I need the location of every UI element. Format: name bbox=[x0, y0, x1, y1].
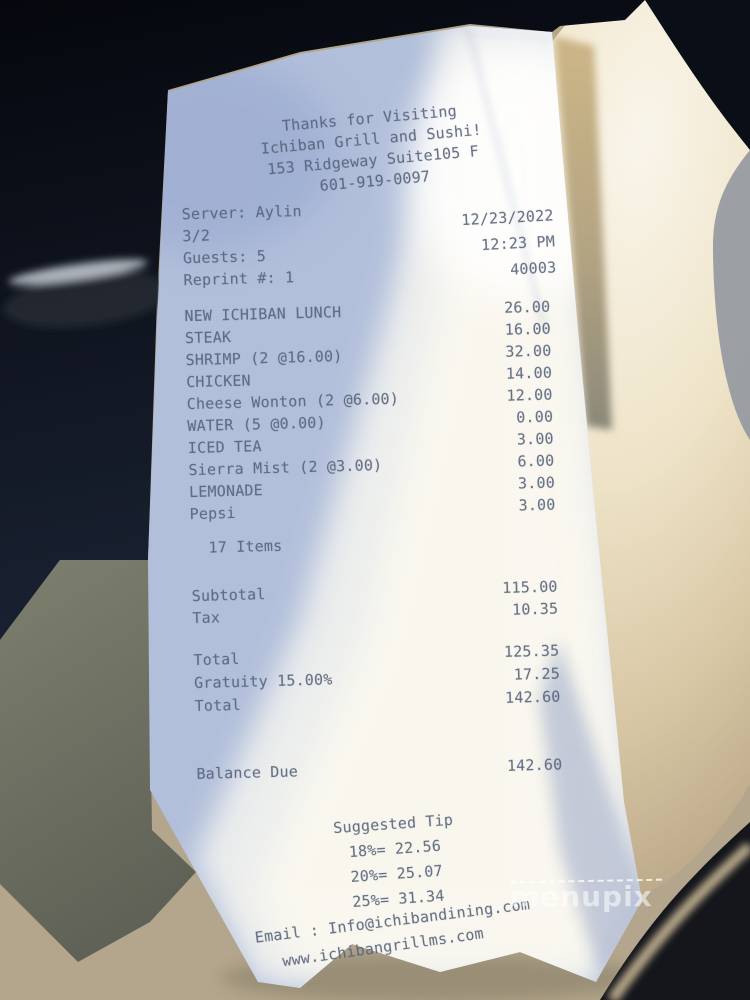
balance-value: 142.60 bbox=[507, 755, 563, 774]
item-name: LEMONADE bbox=[189, 479, 263, 503]
item-name: CHICKEN bbox=[186, 369, 251, 393]
meta-right: 12/23/2022 12:23 PM 40003 bbox=[460, 202, 556, 285]
item-price: 0.00 bbox=[516, 406, 554, 429]
totals-block: Total125.35 Gratuity 15.00%17.25 Total14… bbox=[193, 639, 561, 718]
balance-due-block: Balance Due142.60 bbox=[196, 755, 562, 783]
total-label: Total bbox=[193, 648, 240, 672]
tax-value: 10.35 bbox=[512, 598, 559, 621]
reprint-line: Reprint #: 1 bbox=[183, 266, 304, 291]
receipt-header: Thanks for Visiting Ichiban Grill and Su… bbox=[149, 89, 595, 211]
item-price: 3.00 bbox=[518, 494, 556, 517]
item-price: 16.00 bbox=[504, 318, 551, 341]
item-price: 3.00 bbox=[517, 428, 555, 451]
item-price: 14.00 bbox=[506, 362, 553, 385]
item-name: NEW ICHIBAN LUNCH bbox=[184, 301, 341, 327]
guests-line: Guests: 5 bbox=[183, 244, 304, 269]
tax-label: Tax bbox=[192, 606, 220, 629]
item-name: WATER (5 @0.00) bbox=[187, 412, 326, 438]
receipt: Thanks for Visiting Ichiban Grill and Su… bbox=[150, 58, 614, 999]
meta-left: Server: Aylin 3/2 Guests: 5 Reprint #: 1 bbox=[181, 200, 303, 291]
photo: Thanks for Visiting Ichiban Grill and Su… bbox=[0, 0, 750, 1000]
item-name: STEAK bbox=[185, 326, 232, 349]
item-price: 3.00 bbox=[518, 472, 556, 495]
item-price: 32.00 bbox=[505, 340, 552, 363]
check-number: 40003 bbox=[463, 254, 557, 285]
items-list: NEW ICHIBAN LUNCH26.00 STEAK16.00 SHRIMP… bbox=[184, 296, 556, 526]
subtotal-block: Subtotal115.00 Tax10.35 bbox=[191, 576, 558, 630]
balance-label: Balance Due bbox=[196, 762, 298, 783]
watermark-text: menupix bbox=[510, 882, 680, 912]
item-price: 12.00 bbox=[506, 384, 553, 407]
subtotal-value: 115.00 bbox=[502, 576, 558, 599]
grand-total-label: Total bbox=[194, 694, 241, 718]
balance-row: Balance Due142.60 bbox=[196, 755, 562, 783]
gratuity-label: Gratuity 15.00% bbox=[194, 668, 333, 695]
item-name: Pepsi bbox=[189, 502, 236, 525]
receipt-meta: Server: Aylin 3/2 Guests: 5 Reprint #: 1… bbox=[181, 193, 555, 291]
menupix-watermark: menupix bbox=[510, 880, 680, 912]
table-line: 3/2 bbox=[182, 222, 303, 247]
subtotal-label: Subtotal bbox=[191, 583, 265, 607]
item-price: 6.00 bbox=[517, 450, 555, 473]
total-value: 125.35 bbox=[504, 639, 560, 663]
server-line: Server: Aylin bbox=[181, 200, 302, 225]
item-name: SHRIMP (2 @16.00) bbox=[185, 345, 342, 371]
item-count: 17 Items bbox=[208, 537, 282, 557]
grand-total-value: 142.60 bbox=[505, 685, 561, 709]
item-name: ICED TEA bbox=[188, 435, 262, 459]
gratuity-value: 17.25 bbox=[514, 662, 561, 686]
item-price: 26.00 bbox=[504, 296, 551, 319]
